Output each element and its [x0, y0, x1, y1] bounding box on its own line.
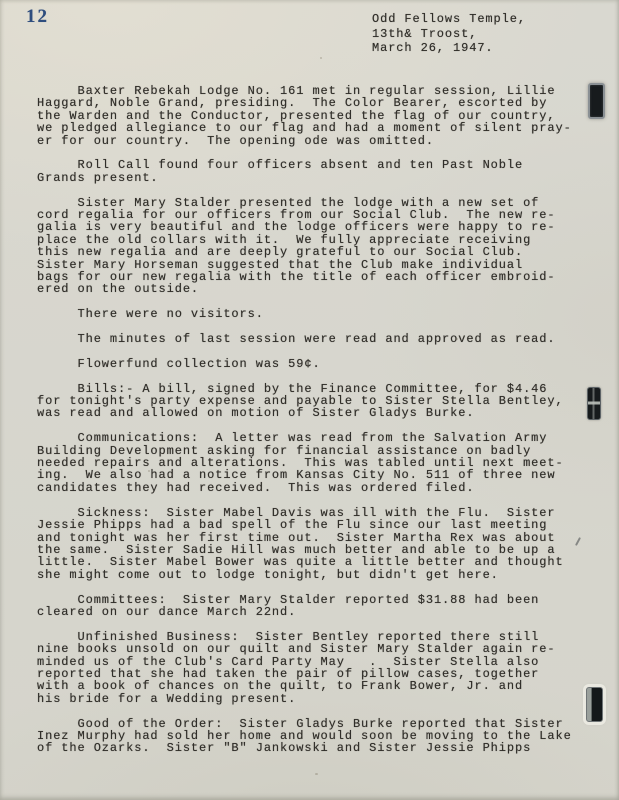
paper-speck: [320, 57, 322, 59]
paper-speck: [148, 470, 150, 472]
paper-speck: [456, 338, 458, 340]
header-address-block: Odd Fellows Temple, 13th& Troost, March …: [372, 12, 526, 56]
stray-pen-mark: [575, 537, 581, 546]
binding-fastener-icon: [586, 687, 603, 722]
paragraph-sickness: Sickness: Sister Mabel Davis was ill wit…: [37, 507, 572, 581]
paragraph-minutes-approved: The minutes of last session were read an…: [37, 333, 572, 345]
paragraph-roll-call: Roll Call found four officers absent and…: [37, 159, 572, 184]
binding-fastener-icon: [587, 387, 601, 420]
binding-fastener-icon: [588, 83, 605, 119]
paragraph-committees: Committees: Sister Mary Stalder reported…: [37, 594, 572, 619]
paragraph-visitors: There were no visitors.: [37, 308, 572, 320]
document-page: 12 Odd Fellows Temple, 13th& Troost, Mar…: [0, 0, 619, 800]
paragraph-bills: Bills:- A bill, signed by the Finance Co…: [37, 383, 572, 420]
paragraph-communications: Communications: A letter was read from t…: [37, 432, 572, 494]
paragraph-unfinished-business: Unfinished Business: Sister Bentley repo…: [37, 631, 572, 705]
paragraph-flowerfund: Flowerfund collection was 59¢.: [37, 358, 572, 370]
paper-speck: [315, 773, 318, 775]
minutes-body: Baxter Rebekah Lodge No. 161 met in regu…: [37, 85, 572, 755]
paragraph-opening: Baxter Rebekah Lodge No. 161 met in regu…: [37, 85, 572, 147]
paragraph-regalia: Sister Mary Stalder presented the lodge …: [37, 197, 572, 296]
paragraph-good-of-the-order: Good of the Order: Sister Gladys Burke r…: [37, 718, 572, 755]
page-number: 12: [26, 6, 49, 28]
